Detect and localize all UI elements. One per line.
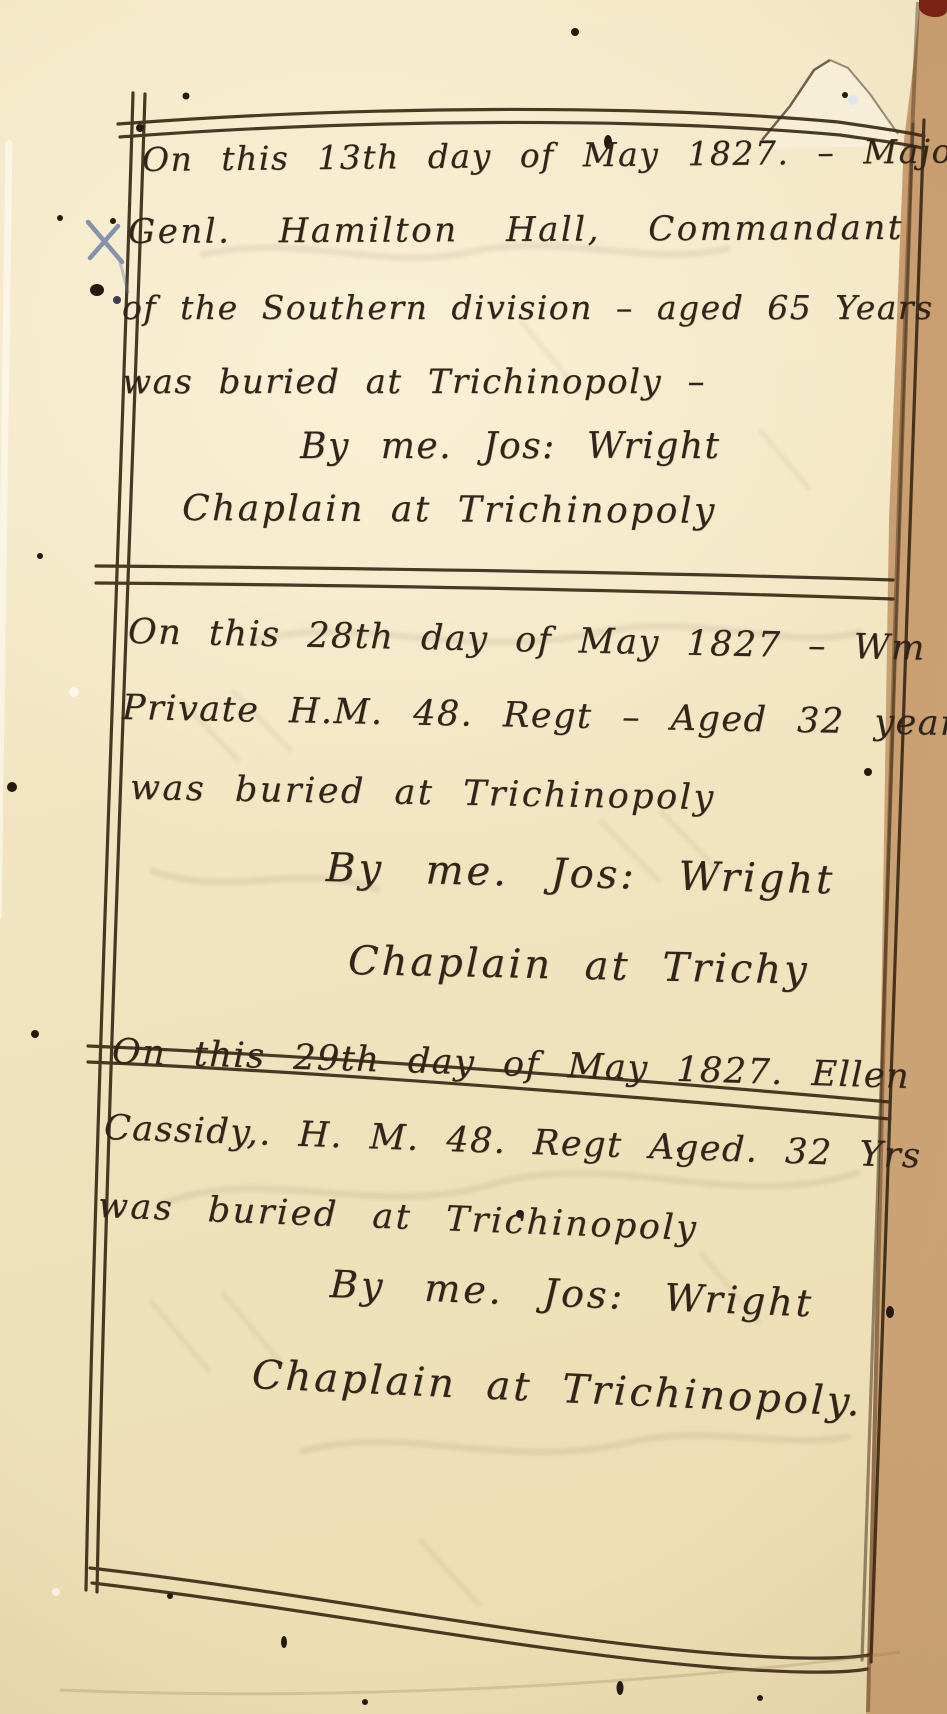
frame-bottom-outer bbox=[90, 1568, 869, 1658]
register-page: On this 13th day of May 1827. – Major Ge… bbox=[0, 0, 947, 1714]
pencil-cross-mark bbox=[88, 222, 128, 292]
separator1-inner bbox=[96, 583, 893, 599]
separator1-outer bbox=[96, 566, 893, 580]
frame-bottom-inner bbox=[92, 1583, 867, 1672]
entry-line: Genl. Hamilton Hall, Commandant bbox=[128, 208, 904, 252]
entry-line: of the Southern division – aged 65 Years bbox=[122, 288, 934, 327]
officiant-title: Chaplain at Trichinopoly bbox=[182, 488, 717, 532]
tear-glint bbox=[848, 95, 858, 105]
paper-edge-shadow bbox=[868, 2, 918, 1712]
officiant-signature: By me. Jos: Wright bbox=[300, 426, 721, 467]
entry-line: was buried at Trichinopoly – bbox=[122, 362, 706, 402]
paper-glints bbox=[52, 687, 79, 1596]
officiant-title: Chaplain at Trichy bbox=[348, 938, 811, 994]
frame-right-outer bbox=[871, 120, 924, 1662]
